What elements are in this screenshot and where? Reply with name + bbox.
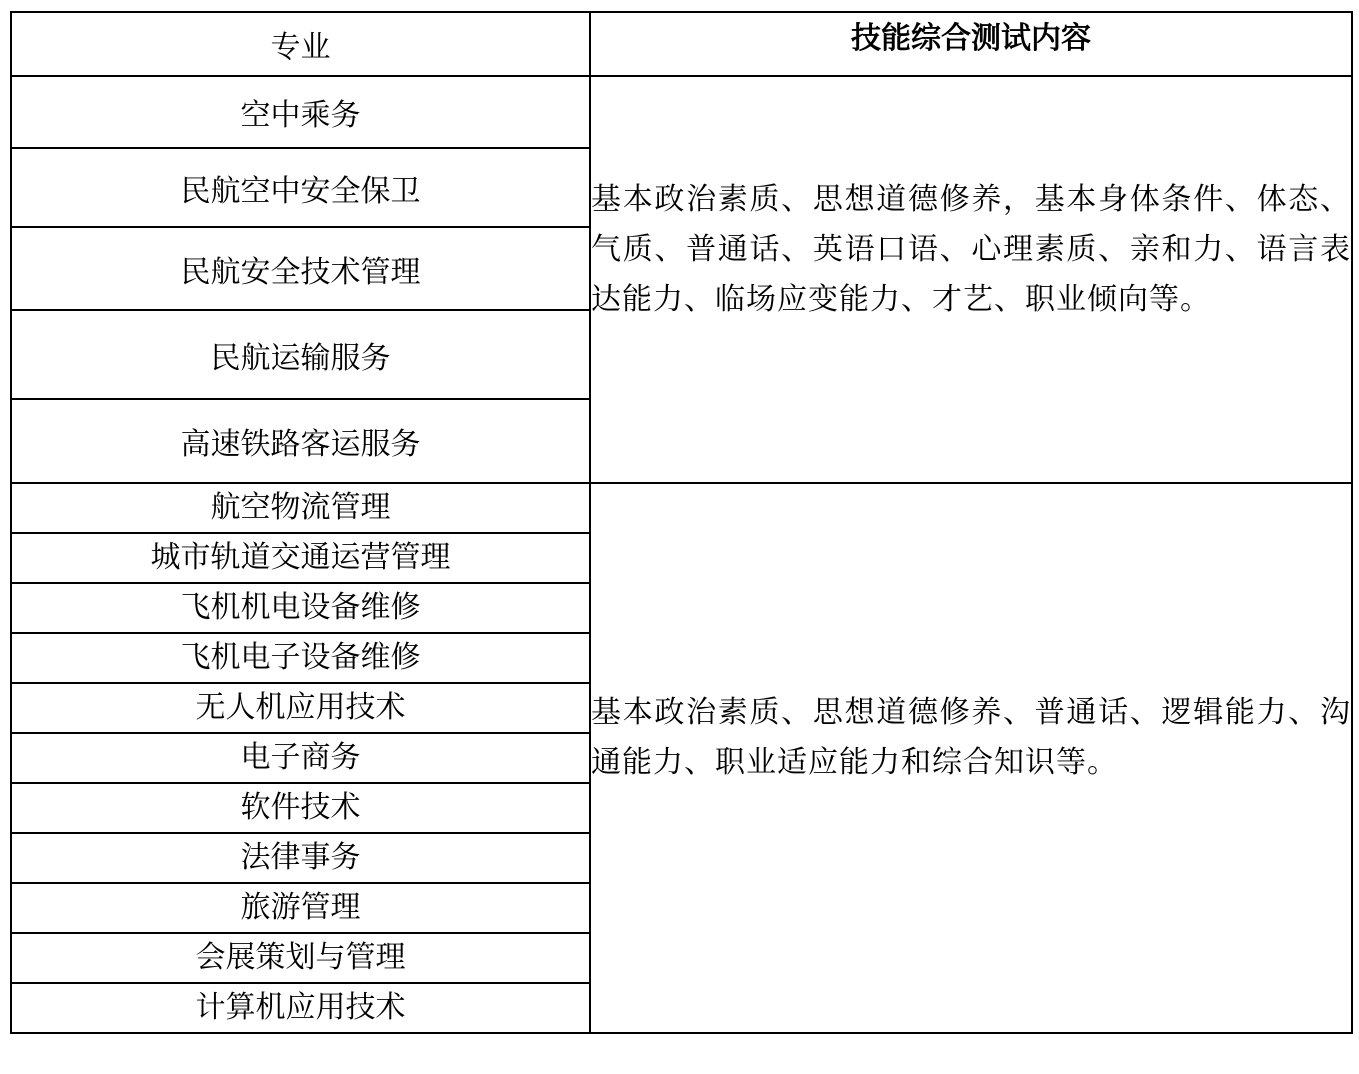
header-row: 专业 技能综合测试内容 — [11, 12, 1352, 76]
major-cell: 空中乘务 — [11, 76, 590, 148]
major-cell: 法律事务 — [11, 833, 590, 883]
major-cell: 民航空中安全保卫 — [11, 148, 590, 227]
major-cell: 软件技术 — [11, 783, 590, 833]
test-content-cell: 基本政治素质、思想道德修养、普通话、逻辑能力、沟通能力、职业适应能力和综合知识等… — [590, 483, 1352, 1033]
test-content-cell: 基本政治素质、思想道德修养，基本身体条件、体态、气质、普通话、英语口语、心理素质… — [590, 76, 1352, 483]
major-cell: 飞机电子设备维修 — [11, 633, 590, 683]
table-row: 航空物流管理 基本政治素质、思想道德修养、普通话、逻辑能力、沟通能力、职业适应能… — [11, 483, 1352, 533]
major-cell: 计算机应用技术 — [11, 983, 590, 1033]
major-cell: 航空物流管理 — [11, 483, 590, 533]
major-cell: 飞机机电设备维修 — [11, 583, 590, 633]
major-cell: 高速铁路客运服务 — [11, 399, 590, 483]
header-test-content: 技能综合测试内容 — [590, 12, 1352, 76]
table-row: 空中乘务 基本政治素质、思想道德修养，基本身体条件、体态、气质、普通话、英语口语… — [11, 76, 1352, 148]
major-cell: 会展策划与管理 — [11, 933, 590, 983]
major-cell: 电子商务 — [11, 733, 590, 783]
major-cell: 城市轨道交通运营管理 — [11, 533, 590, 583]
header-major: 专业 — [11, 12, 590, 76]
major-cell: 无人机应用技术 — [11, 683, 590, 733]
major-skill-test-table: 专业 技能综合测试内容 空中乘务 基本政治素质、思想道德修养，基本身体条件、体态… — [10, 11, 1353, 1034]
major-cell: 旅游管理 — [11, 883, 590, 933]
major-cell: 民航安全技术管理 — [11, 227, 590, 310]
major-cell: 民航运输服务 — [11, 310, 590, 399]
